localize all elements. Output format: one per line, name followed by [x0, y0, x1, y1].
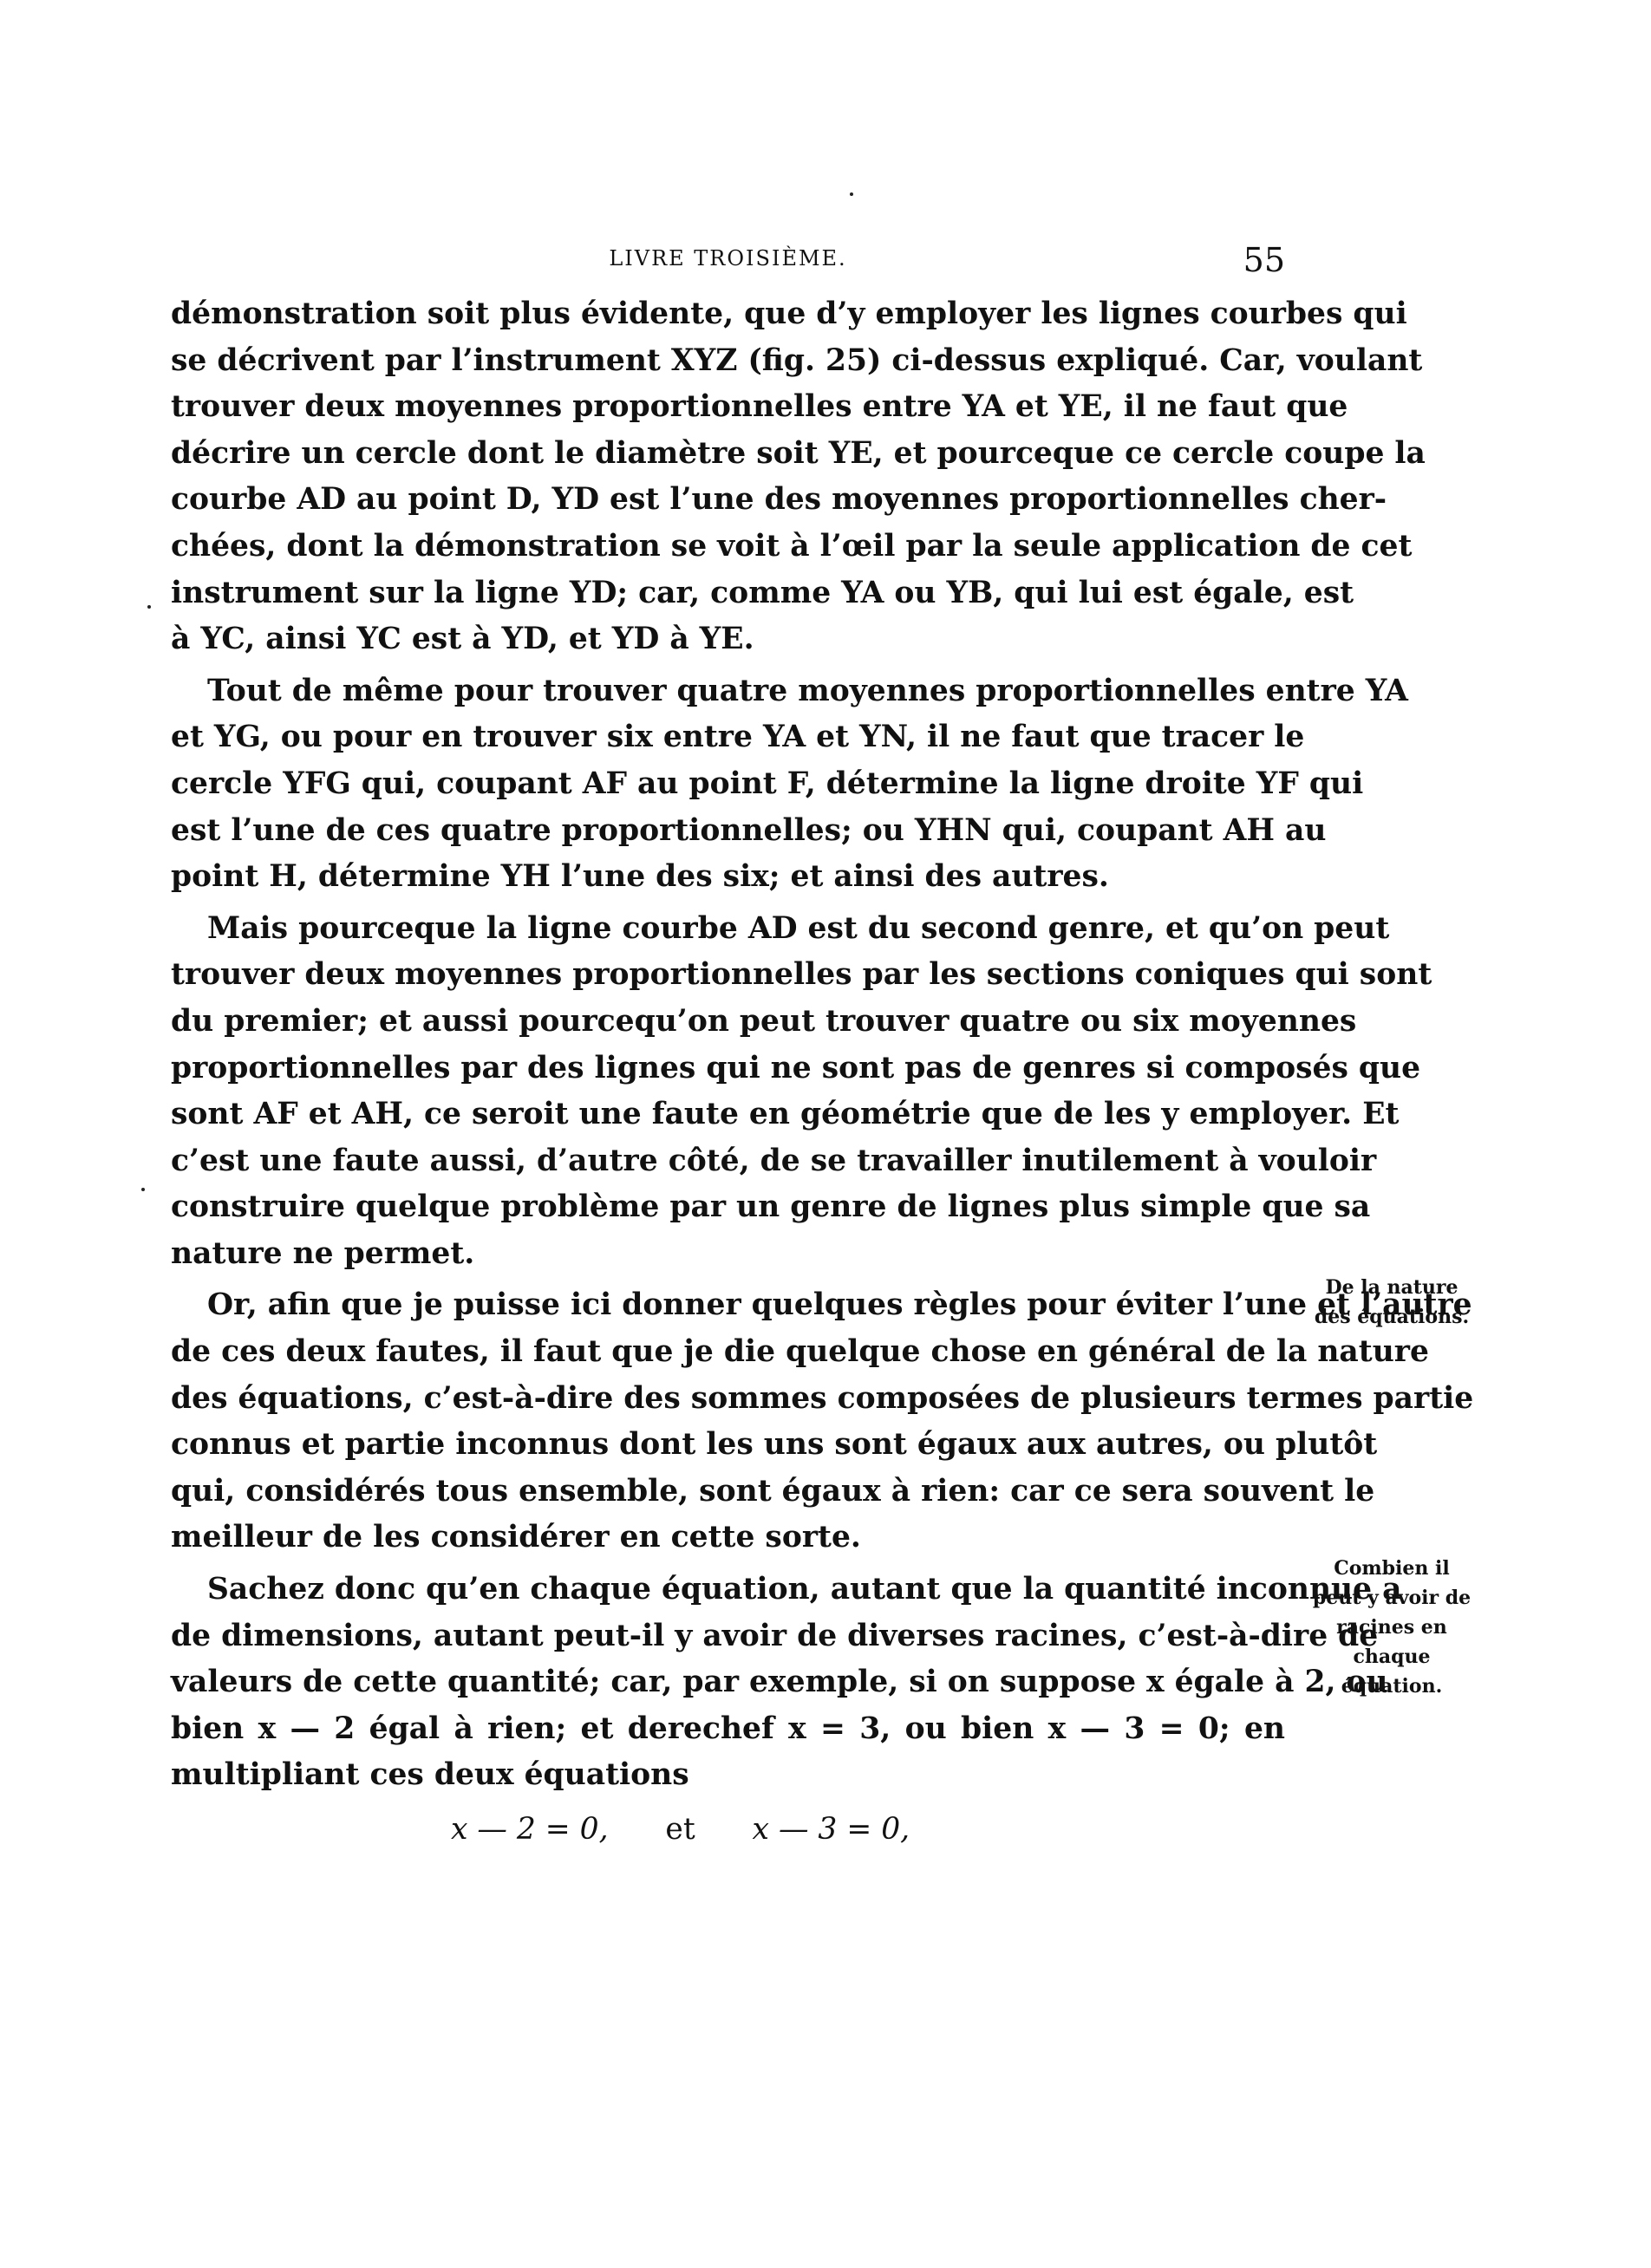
text-line: meilleur de les considérer en cette sort…	[171, 1515, 1285, 1561]
text-line: multipliant ces deux équations	[171, 1752, 1285, 1799]
text-line: chées, dont la démonstration se voit à l…	[171, 524, 1285, 570]
page-header: LIVRE TROISIÈME. 55	[171, 241, 1285, 279]
page-number: 55	[1243, 241, 1285, 279]
text-line: courbe AD au point D, YD est l’une des m…	[171, 477, 1285, 524]
text-line: instrument sur la ligne YD; car, comme Y…	[171, 570, 1285, 617]
text-line: Or, afin que je puisse ici donner quelqu…	[171, 1282, 1285, 1329]
scan-speck	[850, 192, 853, 196]
margin-note-number-of-roots: Combien il peut y avoir de racines en ch…	[1305, 1554, 1478, 1701]
text-line: décrire un cercle dont le diamètre soit …	[171, 431, 1285, 478]
text-line: sont AF et AH, ce seroit une faute en gé…	[171, 1092, 1285, 1138]
paragraph-4: Or, afin que je puisse ici donner quelqu…	[171, 1282, 1285, 1561]
text-line: construire quelque problème par un genre…	[171, 1184, 1285, 1231]
text-line: trouver deux moyennes proportionnelles p…	[171, 952, 1285, 999]
margin-note-line: peut y avoir de	[1305, 1583, 1478, 1613]
scan-speck	[141, 1188, 145, 1191]
text-line: de ces deux fautes, il faut que je die q…	[171, 1329, 1285, 1376]
paragraph-1: démonstration soit plus évidente, que d’…	[171, 291, 1285, 663]
equation-left: x — 2 = 0,	[451, 1812, 609, 1847]
paragraph-3: Mais pourceque la ligne courbe AD est du…	[171, 906, 1285, 1278]
text-line: des équations, c’est-à-dire des sommes c…	[171, 1376, 1285, 1423]
body-text: démonstration soit plus évidente, que d’…	[171, 291, 1285, 1799]
text-line: proportionnelles par des lignes qui ne s…	[171, 1046, 1285, 1092]
paragraph-2: Tout de même pour trouver quatre moyenne…	[171, 668, 1285, 901]
equation-connector: et	[665, 1812, 695, 1847]
margin-note-nature-equations: De la nature des équations.	[1305, 1273, 1478, 1332]
margin-note-line: racines en	[1305, 1613, 1478, 1642]
text-line: nature ne permet.	[171, 1231, 1285, 1278]
book-page: LIVRE TROISIÈME. 55 démonstration soit p…	[0, 0, 1651, 2268]
margin-note-line: De la nature	[1305, 1273, 1478, 1302]
text-line: démonstration soit plus évidente, que d’…	[171, 291, 1285, 338]
text-line: connus et partie inconnus dont les uns s…	[171, 1422, 1285, 1469]
equation-right: x — 3 = 0,	[753, 1812, 910, 1847]
running-title: LIVRE TROISIÈME.	[171, 246, 1285, 270]
margin-note-line: des équations.	[1305, 1302, 1478, 1332]
text-line: point H, détermine YH l’une des six; et …	[171, 854, 1285, 901]
display-equation: x — 2 = 0, et x — 3 = 0,	[451, 1812, 910, 1847]
text-line: c’est une faute aussi, d’autre côté, de …	[171, 1138, 1285, 1185]
text-line: bien x — 2 égal à rien; et derechef x = …	[171, 1706, 1285, 1753]
text-line: du premier; et aussi pourcequ’on peut tr…	[171, 999, 1285, 1046]
paragraph-5: Sachez donc qu’en chaque équation, autan…	[171, 1567, 1285, 1799]
text-line: Tout de même pour trouver quatre moyenne…	[171, 668, 1285, 715]
margin-note-line: chaque	[1305, 1642, 1478, 1672]
text-line: et YG, ou pour en trouver six entre YA e…	[171, 714, 1285, 761]
text-line: Sachez donc qu’en chaque équation, autan…	[171, 1567, 1285, 1613]
text-line: se décrivent par l’instrument XYZ (fig. …	[171, 338, 1285, 385]
text-line: de dimensions, autant peut-il y avoir de…	[171, 1613, 1285, 1660]
text-line: est l’une de ces quatre proportionnelles…	[171, 808, 1285, 855]
margin-note-line: équation.	[1305, 1672, 1478, 1701]
text-line: valeurs de cette quantité; car, par exem…	[171, 1659, 1285, 1706]
margin-note-line: Combien il	[1305, 1554, 1478, 1583]
scan-speck	[147, 605, 151, 609]
text-line: qui, considérés tous ensemble, sont égau…	[171, 1469, 1285, 1515]
text-line: trouver deux moyennes proportionnelles e…	[171, 384, 1285, 431]
text-line: à YC, ainsi YC est à YD, et YD à YE.	[171, 616, 1285, 663]
text-line: Mais pourceque la ligne courbe AD est du…	[171, 906, 1285, 953]
text-line: cercle YFG qui, coupant AF au point F, d…	[171, 761, 1285, 808]
